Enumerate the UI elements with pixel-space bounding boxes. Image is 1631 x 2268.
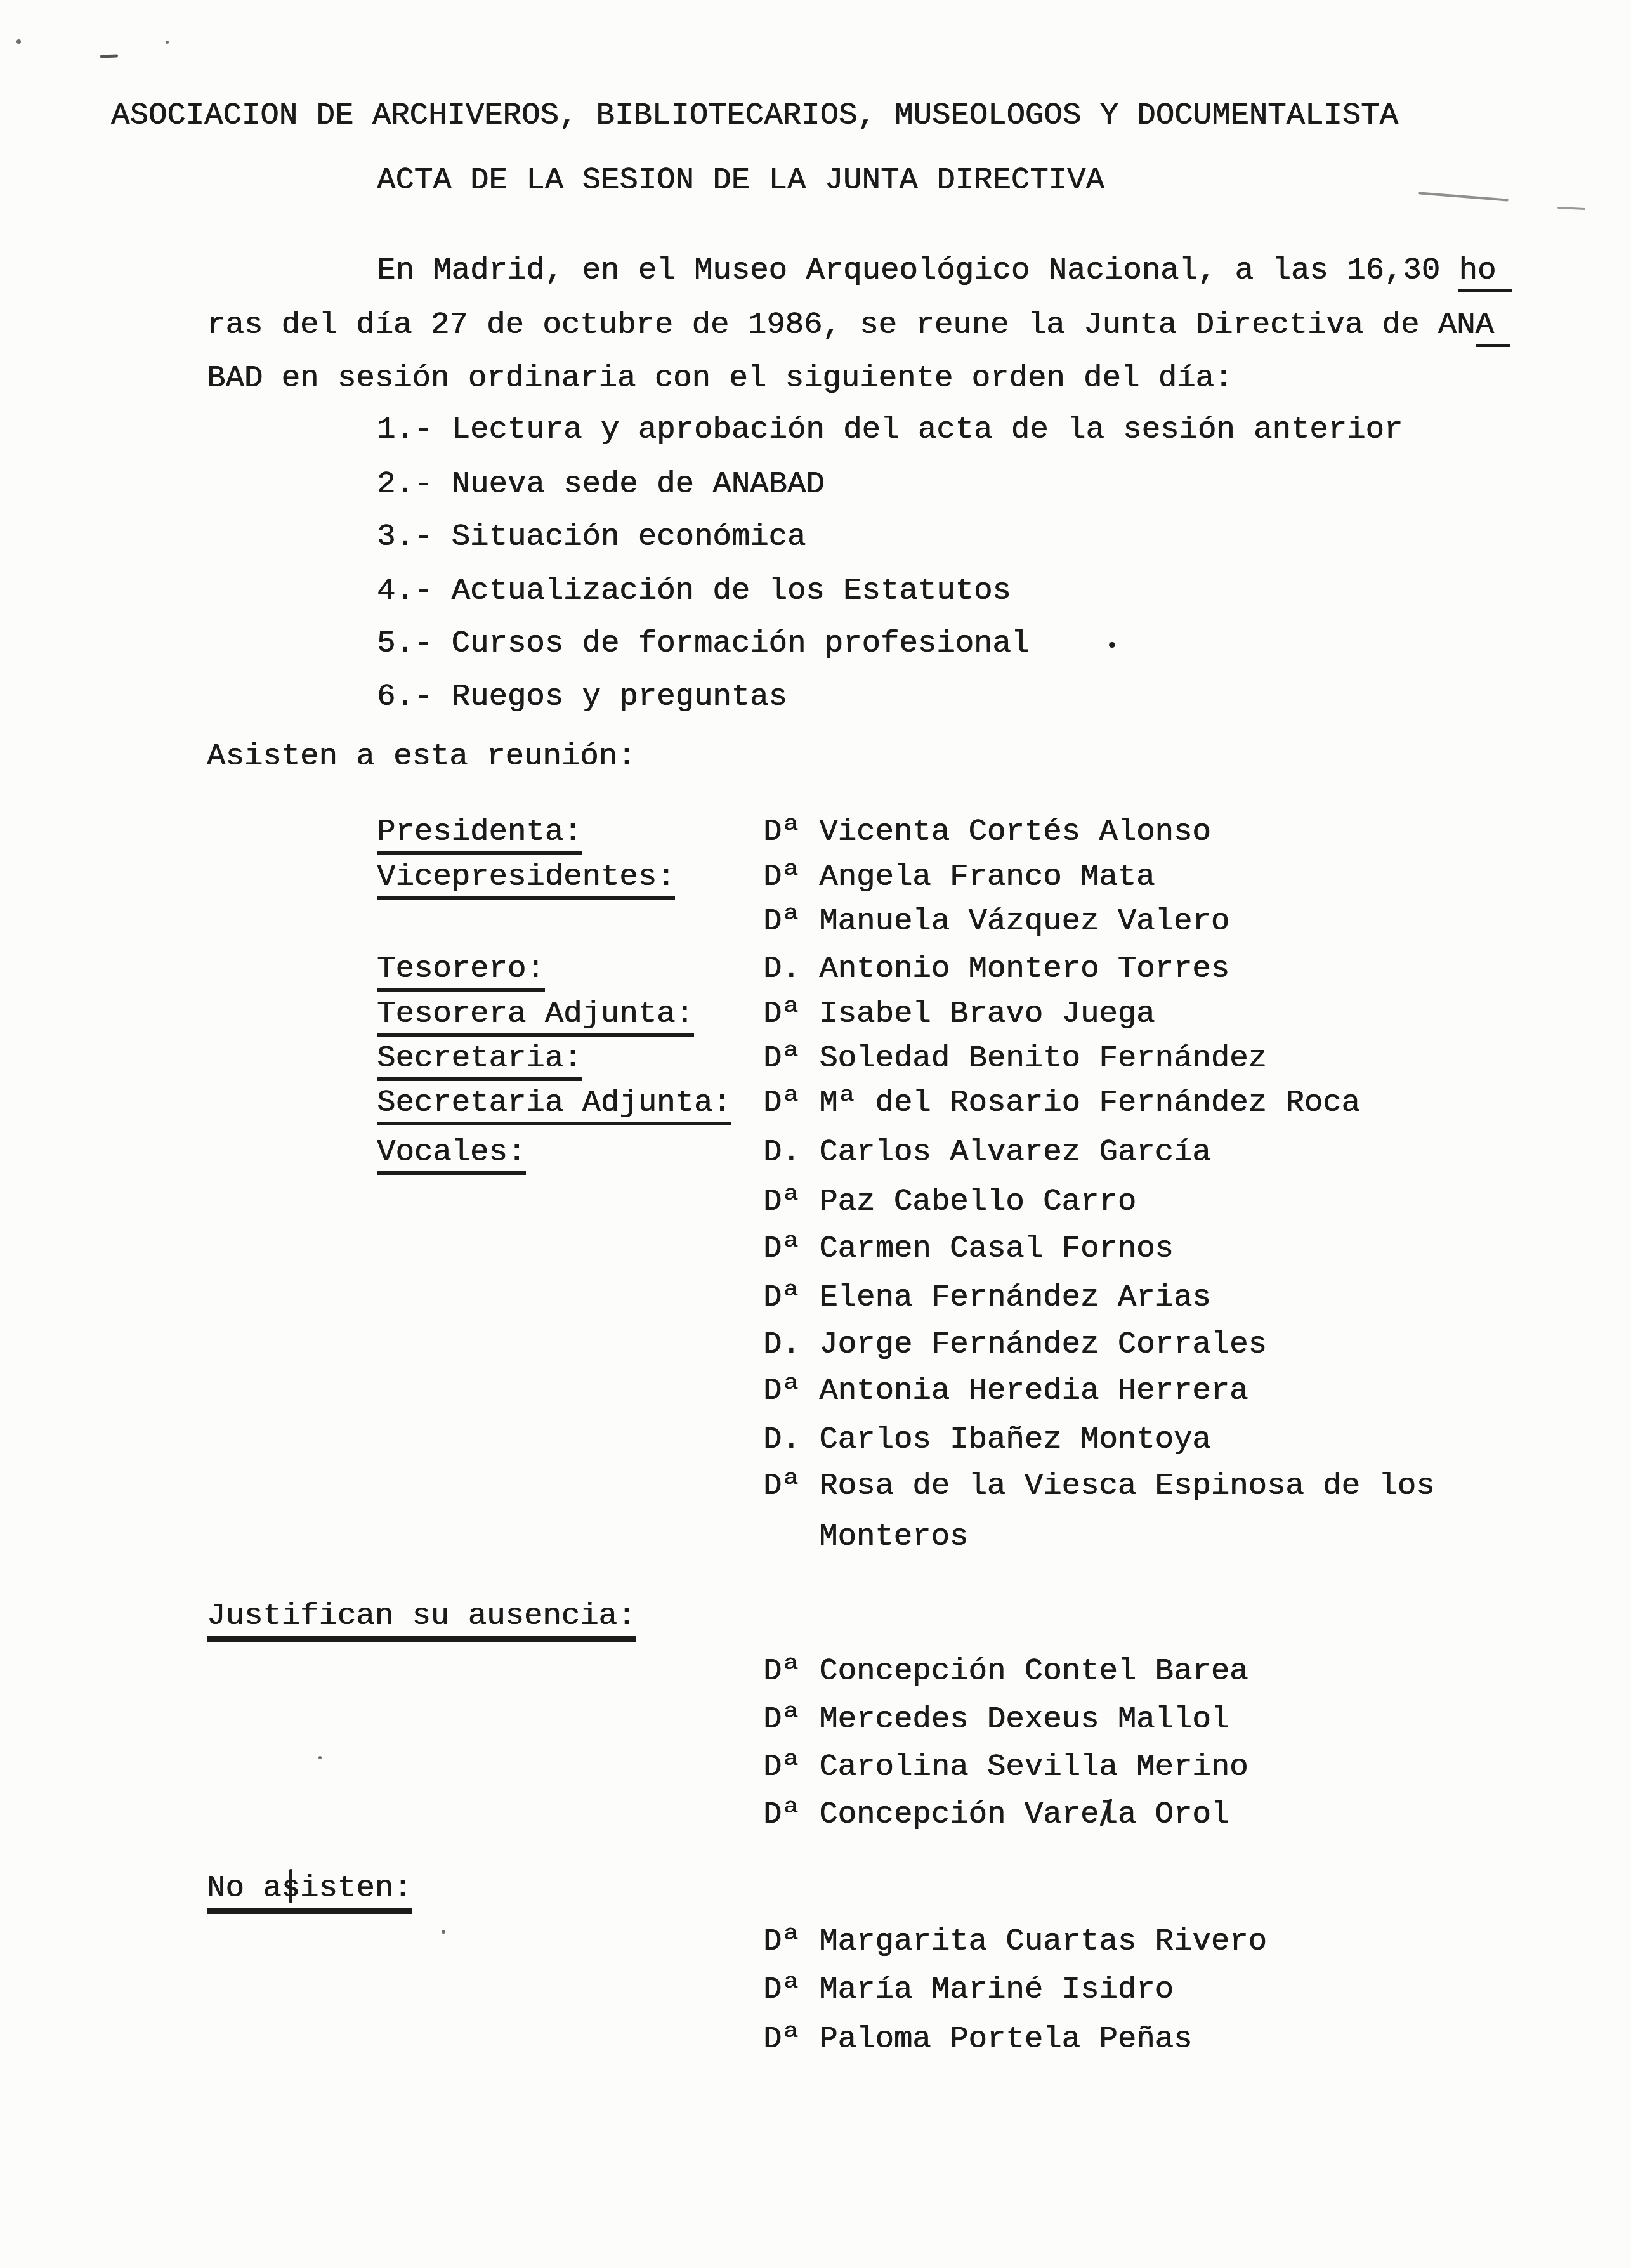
attendee-row: Tesorero: bbox=[377, 952, 545, 992]
attendee-name: Dª Isabel Bravo Juega bbox=[763, 997, 1155, 1032]
role-label: Secretaria Adjunta: bbox=[377, 1086, 731, 1125]
attendee-row: Secretaria Adjunta: bbox=[377, 1086, 731, 1125]
document-title: ASOCIACION DE ARCHIVEROS, BIBLIOTECARIOS… bbox=[111, 99, 1398, 133]
attendee-name: Dª Vicenta Cortés Alonso bbox=[763, 815, 1211, 849]
scan-speck bbox=[166, 41, 169, 44]
agenda-item: 2.- Nueva sede de ANABAD bbox=[377, 468, 825, 502]
role-label: Vicepresidentes: bbox=[377, 860, 675, 900]
agenda-item: 6.- Ruegos y preguntas bbox=[377, 680, 787, 714]
attendee-name: Dª Manuela Vázquez Valero bbox=[763, 905, 1229, 939]
role-label: Presidenta: bbox=[377, 815, 582, 855]
attendee-row: Presidenta: bbox=[377, 815, 582, 855]
ink-dot bbox=[1109, 642, 1115, 648]
agenda-item: 4.- Actualización de los Estatutos bbox=[377, 574, 1011, 608]
attendee-name: D. Jorge Fernández Corrales bbox=[763, 1328, 1267, 1362]
excused-heading: Justifican su ausencia: bbox=[207, 1599, 636, 1642]
intro-line-1: En Madrid, en el Museo Arqueológico Naci… bbox=[377, 254, 1512, 292]
attendee-name: Dª Mª del Rosario Fernández Roca bbox=[763, 1086, 1360, 1120]
intro-line-3: BAD en sesión ordinaria con el siguiente… bbox=[207, 362, 1233, 396]
hyphen-break-underline: A bbox=[1476, 308, 1510, 347]
absent-name: Dª Paloma Portela Peñas bbox=[763, 2022, 1192, 2057]
role-label: Secretaria: bbox=[377, 1042, 582, 1081]
pencil-dash bbox=[100, 55, 118, 58]
intro-line-2-text: ras del día 27 de octubre de 1986, se re… bbox=[207, 307, 1476, 343]
excused-name: Dª Mercedes Dexeus Mallol bbox=[763, 1703, 1229, 1737]
attendee-row: Tesorera Adjunta: bbox=[377, 997, 694, 1037]
pencil-line bbox=[1418, 192, 1509, 201]
attendee-name: Dª Antonia Heredia Herrera bbox=[763, 1374, 1248, 1408]
attendee-name: Dª Paz Cabello Carro bbox=[763, 1185, 1136, 1219]
agenda-item: 3.- Situación económica bbox=[377, 520, 806, 554]
absent-name: Dª Margarita Cuartas Rivero bbox=[763, 1925, 1267, 1959]
attendee-name-continuation: Monteros bbox=[819, 1520, 968, 1554]
attendee-name: Dª Elena Fernández Arias bbox=[763, 1281, 1211, 1315]
attendee-name: Dª Angela Franco Mata bbox=[763, 860, 1155, 895]
excused-name: Dª Concepción Contel Barea bbox=[763, 1655, 1248, 1689]
role-label: Tesorera Adjunta: bbox=[377, 997, 694, 1037]
intro-line-2: ras del día 27 de octubre de 1986, se re… bbox=[207, 308, 1510, 347]
heading-underline: No asisten: bbox=[207, 1871, 412, 1914]
attendee-name: D. Carlos Ibañez Montoya bbox=[763, 1423, 1211, 1457]
attendee-name: Dª Carmen Casal Fornos bbox=[763, 1232, 1174, 1266]
absent-name: Dª María Mariné Isidro bbox=[763, 1973, 1174, 2007]
typewritten-minutes-page: ASOCIACION DE ARCHIVEROS, BIBLIOTECARIOS… bbox=[0, 0, 1631, 2268]
scan-speck bbox=[16, 39, 21, 44]
attendee-row: Vicepresidentes: bbox=[377, 860, 675, 900]
scan-speck bbox=[442, 1930, 445, 1934]
pencil-line-short bbox=[1557, 207, 1585, 210]
attendee-row: Vocales: bbox=[377, 1136, 526, 1175]
attendee-name: Dª Soledad Benito Fernández bbox=[763, 1042, 1267, 1076]
scan-speck bbox=[318, 1756, 322, 1759]
attendee-name: D. Antonio Montero Torres bbox=[763, 952, 1229, 987]
excused-name: Dª Carolina Sevilla Merino bbox=[763, 1750, 1248, 1785]
attendee-row: Secretaria: bbox=[377, 1042, 582, 1081]
hyphen-break-underline: ho bbox=[1458, 254, 1512, 292]
intro-line-1-text: En Madrid, en el Museo Arqueológico Naci… bbox=[377, 252, 1458, 288]
heading-underline: Justifican su ausencia: bbox=[207, 1599, 636, 1642]
attendance-heading: Asisten a esta reunión: bbox=[207, 740, 636, 774]
agenda-item: 5.- Cursos de formación profesional bbox=[377, 627, 1030, 661]
document-subtitle: ACTA DE LA SESION DE LA JUNTA DIRECTIVA bbox=[377, 164, 1104, 198]
role-label: Tesorero: bbox=[377, 952, 545, 992]
agenda-item: 1.- Lectura y aprobación del acta de la … bbox=[377, 413, 1403, 447]
excused-name: Dª Concepción Varela Orol bbox=[763, 1798, 1229, 1832]
role-label: Vocales: bbox=[377, 1136, 526, 1175]
attendee-name: D. Carlos Alvarez García bbox=[763, 1136, 1211, 1170]
absent-heading: No asisten: bbox=[207, 1871, 412, 1914]
attendee-name: Dª Rosa de la Viesca Espinosa de los bbox=[763, 1469, 1435, 1504]
